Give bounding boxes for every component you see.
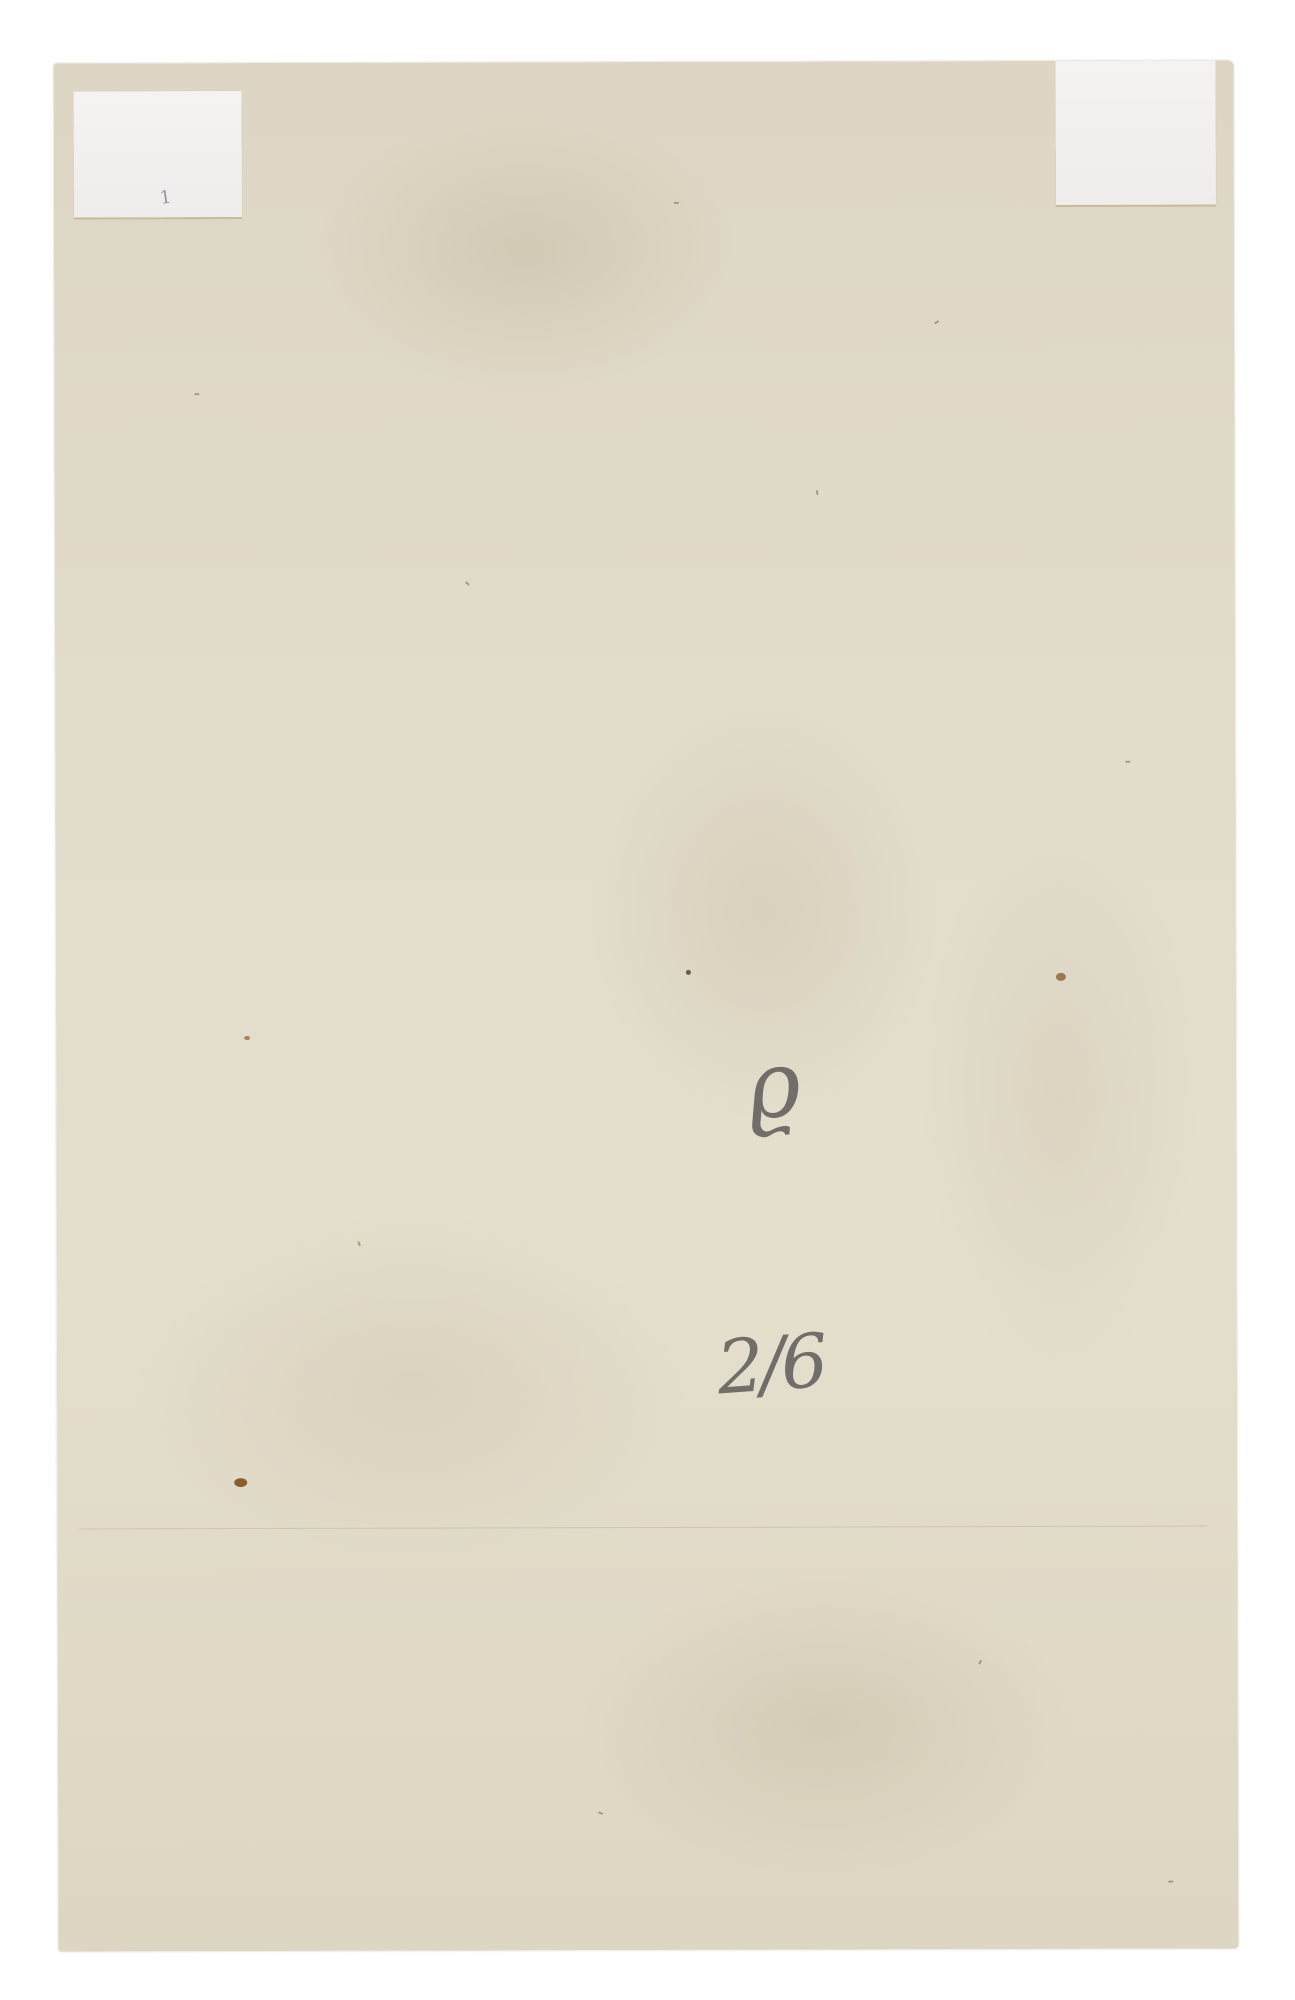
plate-mark-line: [79, 1526, 1207, 1530]
paper-fiber: [1168, 1881, 1173, 1883]
hinge-tab-left: 1: [74, 91, 242, 217]
pencil-inscription-number: 2/6: [714, 1318, 827, 1412]
pencil-inscription-symbol: ϱ: [741, 1029, 806, 1141]
tab-pencil-mark: 1: [158, 187, 172, 209]
foxing-spot: [234, 1478, 247, 1487]
paper-sheet: 1 ϱ 2/6: [54, 60, 1239, 1951]
paper-fiber: [465, 581, 470, 586]
hinge-tab-right: [1056, 61, 1216, 205]
paper-fiber: [194, 393, 199, 395]
paper-fiber: [674, 202, 679, 204]
paper-fiber: [598, 1811, 603, 1815]
foxing-spot: [1056, 973, 1066, 981]
paper-fiber: [978, 1659, 982, 1664]
paper-fiber: [934, 320, 939, 324]
paper-fiber: [357, 1241, 361, 1246]
paper-fiber: [1125, 761, 1130, 763]
foxing-spot: [244, 1036, 250, 1040]
paper-fiber: [816, 490, 819, 495]
foxing-spot: [686, 970, 691, 975]
